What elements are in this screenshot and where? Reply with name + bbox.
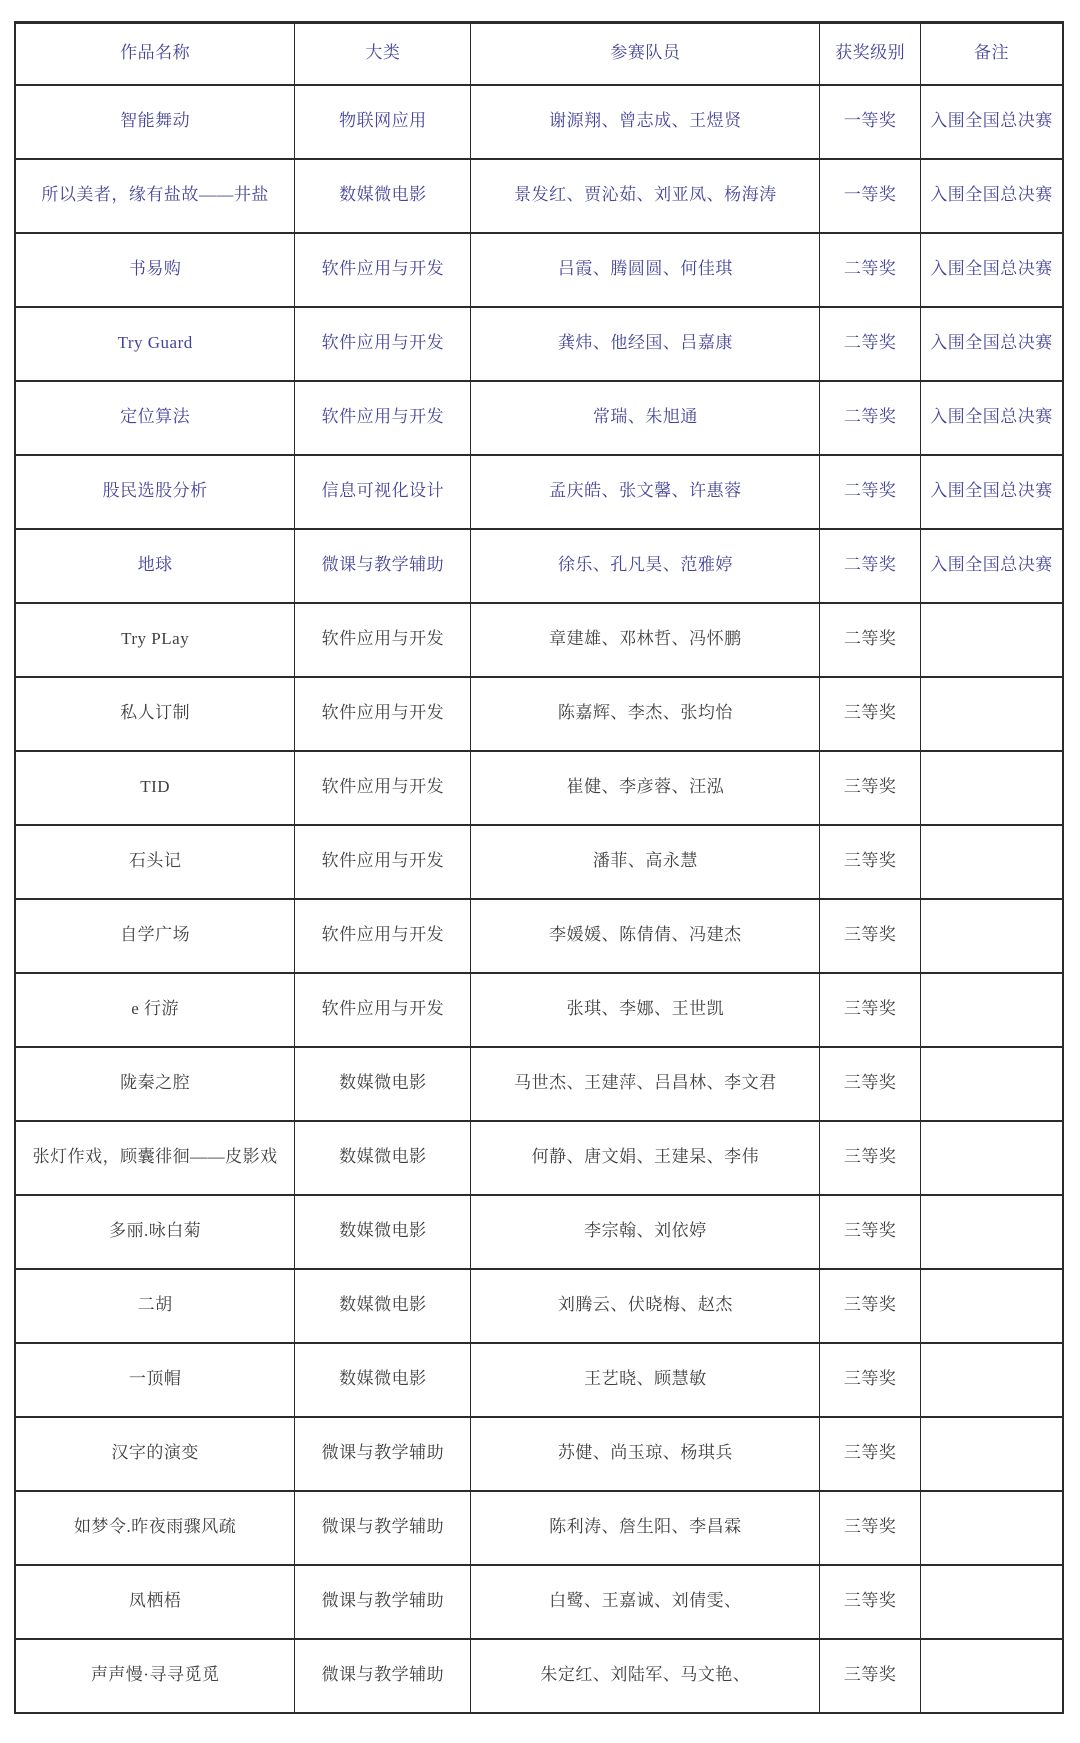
cell-team-members: 白鹭、王嘉诚、刘倩雯、 (471, 1565, 820, 1639)
cell-work-name: Try Guard (15, 307, 295, 381)
table-row: 自学广场软件应用与开发李媛媛、陈倩倩、冯建杰三等奖 (15, 899, 1063, 973)
cell-note: 入围全国总决赛 (920, 381, 1063, 455)
table-row: 张灯作戏，顾囊徘徊——皮影戏数媒微电影何静、唐文娟、王建杲、李伟三等奖 (15, 1121, 1063, 1195)
cell-category: 物联网应用 (295, 85, 471, 159)
cell-work-name: 所以美者，缘有盐故——井盐 (15, 159, 295, 233)
cell-work-name: 一顶帽 (15, 1343, 295, 1417)
cell-note: 入围全国总决赛 (920, 159, 1063, 233)
cell-award-level: 三等奖 (820, 1047, 921, 1121)
cell-work-name: 凤栖梧 (15, 1565, 295, 1639)
cell-work-name: Try PLay (15, 603, 295, 677)
cell-category: 数媒微电影 (295, 1343, 471, 1417)
cell-work-name: 股民选股分析 (15, 455, 295, 529)
cell-work-name: 自学广场 (15, 899, 295, 973)
cell-team-members: 朱定红、刘陆军、马文艳、 (471, 1639, 820, 1713)
cell-note: 入围全国总决赛 (920, 85, 1063, 159)
cell-award-level: 三等奖 (820, 899, 921, 973)
table-row: 石头记软件应用与开发潘菲、高永慧三等奖 (15, 825, 1063, 899)
cell-award-level: 三等奖 (820, 825, 921, 899)
cell-note (920, 1639, 1063, 1713)
cell-work-name: TID (15, 751, 295, 825)
cell-award-level: 二等奖 (820, 455, 921, 529)
table-row: 陇秦之腔数媒微电影马世杰、王建萍、吕昌林、李文君三等奖 (15, 1047, 1063, 1121)
cell-team-members: 马世杰、王建萍、吕昌林、李文君 (471, 1047, 820, 1121)
cell-team-members: 潘菲、高永慧 (471, 825, 820, 899)
cell-award-level: 二等奖 (820, 603, 921, 677)
cell-note: 入围全国总决赛 (920, 233, 1063, 307)
table-row: 凤栖梧微课与教学辅助白鹭、王嘉诚、刘倩雯、三等奖 (15, 1565, 1063, 1639)
cell-team-members: 吕霞、腾圆圆、何佳琪 (471, 233, 820, 307)
cell-team-members: 张琪、李娜、王世凯 (471, 973, 820, 1047)
cell-category: 微课与教学辅助 (295, 1565, 471, 1639)
cell-award-level: 三等奖 (820, 1565, 921, 1639)
cell-category: 微课与教学辅助 (295, 1639, 471, 1713)
cell-category: 信息可视化设计 (295, 455, 471, 529)
cell-work-name: 书易购 (15, 233, 295, 307)
header-award-level: 获奖级别 (820, 23, 921, 85)
cell-note (920, 1121, 1063, 1195)
cell-award-level: 三等奖 (820, 1491, 921, 1565)
cell-category: 微课与教学辅助 (295, 1491, 471, 1565)
cell-award-level: 三等奖 (820, 751, 921, 825)
cell-team-members: 徐乐、孔凡昊、范雅婷 (471, 529, 820, 603)
table-row: Try PLay软件应用与开发章建雄、邓林哲、冯怀鹏二等奖 (15, 603, 1063, 677)
header-note: 备注 (920, 23, 1063, 85)
cell-note (920, 1343, 1063, 1417)
cell-team-members: 章建雄、邓林哲、冯怀鹏 (471, 603, 820, 677)
cell-team-members: 陈嘉辉、李杰、张均怡 (471, 677, 820, 751)
cell-award-level: 三等奖 (820, 1639, 921, 1713)
table-row: 智能舞动物联网应用谢源翔、曾志成、王煜贤一等奖入围全国总决赛 (15, 85, 1063, 159)
table-row: Try Guard软件应用与开发龚炜、他经国、吕嘉康二等奖入围全国总决赛 (15, 307, 1063, 381)
cell-team-members: 刘腾云、伏晓梅、赵杰 (471, 1269, 820, 1343)
cell-note (920, 825, 1063, 899)
cell-team-members: 谢源翔、曾志成、王煜贤 (471, 85, 820, 159)
cell-award-level: 一等奖 (820, 159, 921, 233)
cell-work-name: 二胡 (15, 1269, 295, 1343)
cell-category: 软件应用与开发 (295, 973, 471, 1047)
cell-note (920, 751, 1063, 825)
cell-note (920, 1491, 1063, 1565)
cell-team-members: 孟庆皓、张文馨、许惠蓉 (471, 455, 820, 529)
cell-category: 软件应用与开发 (295, 751, 471, 825)
header-team-members: 参赛队员 (471, 23, 820, 85)
header-row: 作品名称 大类 参赛队员 获奖级别 备注 (15, 23, 1063, 85)
cell-note: 入围全国总决赛 (920, 529, 1063, 603)
awards-table-container: 作品名称 大类 参赛队员 获奖级别 备注 智能舞动物联网应用谢源翔、曾志成、王煜… (14, 21, 1064, 1714)
cell-work-name: 定位算法 (15, 381, 295, 455)
cell-team-members: 苏健、尚玉琼、杨琪兵 (471, 1417, 820, 1491)
cell-category: 微课与教学辅助 (295, 1417, 471, 1491)
cell-work-name: 张灯作戏，顾囊徘徊——皮影戏 (15, 1121, 295, 1195)
table-row: 二胡数媒微电影刘腾云、伏晓梅、赵杰三等奖 (15, 1269, 1063, 1343)
table-row: 声声慢·寻寻觅觅微课与教学辅助朱定红、刘陆军、马文艳、三等奖 (15, 1639, 1063, 1713)
cell-team-members: 陈利涛、詹生阳、李昌霖 (471, 1491, 820, 1565)
cell-work-name: 陇秦之腔 (15, 1047, 295, 1121)
cell-note (920, 1047, 1063, 1121)
table-row: 书易购软件应用与开发吕霞、腾圆圆、何佳琪二等奖入围全国总决赛 (15, 233, 1063, 307)
cell-team-members: 崔健、李彦蓉、汪泓 (471, 751, 820, 825)
cell-category: 软件应用与开发 (295, 233, 471, 307)
cell-note: 入围全国总决赛 (920, 455, 1063, 529)
cell-team-members: 龚炜、他经国、吕嘉康 (471, 307, 820, 381)
cell-note (920, 1269, 1063, 1343)
header-work-name: 作品名称 (15, 23, 295, 85)
cell-work-name: 多丽.咏白菊 (15, 1195, 295, 1269)
cell-award-level: 三等奖 (820, 973, 921, 1047)
table-row: 私人订制软件应用与开发陈嘉辉、李杰、张均怡三等奖 (15, 677, 1063, 751)
cell-category: 数媒微电影 (295, 159, 471, 233)
table-row: 地球微课与教学辅助徐乐、孔凡昊、范雅婷二等奖入围全国总决赛 (15, 529, 1063, 603)
cell-team-members: 李宗翰、刘依婷 (471, 1195, 820, 1269)
cell-category: 软件应用与开发 (295, 381, 471, 455)
cell-award-level: 三等奖 (820, 1343, 921, 1417)
cell-work-name: e 行游 (15, 973, 295, 1047)
table-row: 所以美者，缘有盐故——井盐数媒微电影景发红、贾沁茹、刘亚凤、杨海涛一等奖入围全国… (15, 159, 1063, 233)
cell-award-level: 二等奖 (820, 233, 921, 307)
cell-award-level: 三等奖 (820, 1121, 921, 1195)
table-row: e 行游软件应用与开发张琪、李娜、王世凯三等奖 (15, 973, 1063, 1047)
table-row: TID软件应用与开发崔健、李彦蓉、汪泓三等奖 (15, 751, 1063, 825)
cell-award-level: 三等奖 (820, 677, 921, 751)
cell-team-members: 何静、唐文娟、王建杲、李伟 (471, 1121, 820, 1195)
table-row: 汉字的演变微课与教学辅助苏健、尚玉琼、杨琪兵三等奖 (15, 1417, 1063, 1491)
cell-note (920, 1565, 1063, 1639)
cell-category: 数媒微电影 (295, 1121, 471, 1195)
cell-work-name: 汉字的演变 (15, 1417, 295, 1491)
table-row: 如梦令.昨夜雨骤风疏微课与教学辅助陈利涛、詹生阳、李昌霖三等奖 (15, 1491, 1063, 1565)
awards-table: 作品名称 大类 参赛队员 获奖级别 备注 智能舞动物联网应用谢源翔、曾志成、王煜… (14, 21, 1064, 1714)
cell-work-name: 智能舞动 (15, 85, 295, 159)
cell-category: 软件应用与开发 (295, 677, 471, 751)
cell-note: 入围全国总决赛 (920, 307, 1063, 381)
header-category: 大类 (295, 23, 471, 85)
table-row: 多丽.咏白菊数媒微电影李宗翰、刘依婷三等奖 (15, 1195, 1063, 1269)
cell-category: 数媒微电影 (295, 1047, 471, 1121)
cell-note (920, 603, 1063, 677)
cell-category: 数媒微电影 (295, 1195, 471, 1269)
cell-team-members: 王艺晓、顾慧敏 (471, 1343, 820, 1417)
cell-category: 软件应用与开发 (295, 825, 471, 899)
cell-work-name: 如梦令.昨夜雨骤风疏 (15, 1491, 295, 1565)
cell-work-name: 石头记 (15, 825, 295, 899)
cell-category: 软件应用与开发 (295, 899, 471, 973)
cell-award-level: 三等奖 (820, 1269, 921, 1343)
cell-category: 软件应用与开发 (295, 307, 471, 381)
cell-award-level: 二等奖 (820, 529, 921, 603)
cell-work-name: 地球 (15, 529, 295, 603)
cell-team-members: 景发红、贾沁茹、刘亚凤、杨海涛 (471, 159, 820, 233)
cell-award-level: 三等奖 (820, 1195, 921, 1269)
cell-award-level: 二等奖 (820, 307, 921, 381)
cell-category: 数媒微电影 (295, 1269, 471, 1343)
table-row: 定位算法软件应用与开发常瑞、朱旭通二等奖入围全国总决赛 (15, 381, 1063, 455)
cell-note (920, 1417, 1063, 1491)
cell-work-name: 声声慢·寻寻觅觅 (15, 1639, 295, 1713)
cell-note (920, 1195, 1063, 1269)
cell-note (920, 973, 1063, 1047)
cell-award-level: 二等奖 (820, 381, 921, 455)
cell-team-members: 常瑞、朱旭通 (471, 381, 820, 455)
table-row: 股民选股分析信息可视化设计孟庆皓、张文馨、许惠蓉二等奖入围全国总决赛 (15, 455, 1063, 529)
cell-note (920, 899, 1063, 973)
cell-award-level: 三等奖 (820, 1417, 921, 1491)
table-row: 一顶帽数媒微电影王艺晓、顾慧敏三等奖 (15, 1343, 1063, 1417)
cell-work-name: 私人订制 (15, 677, 295, 751)
cell-category: 微课与教学辅助 (295, 529, 471, 603)
cell-category: 软件应用与开发 (295, 603, 471, 677)
cell-award-level: 一等奖 (820, 85, 921, 159)
cell-note (920, 677, 1063, 751)
cell-team-members: 李媛媛、陈倩倩、冯建杰 (471, 899, 820, 973)
